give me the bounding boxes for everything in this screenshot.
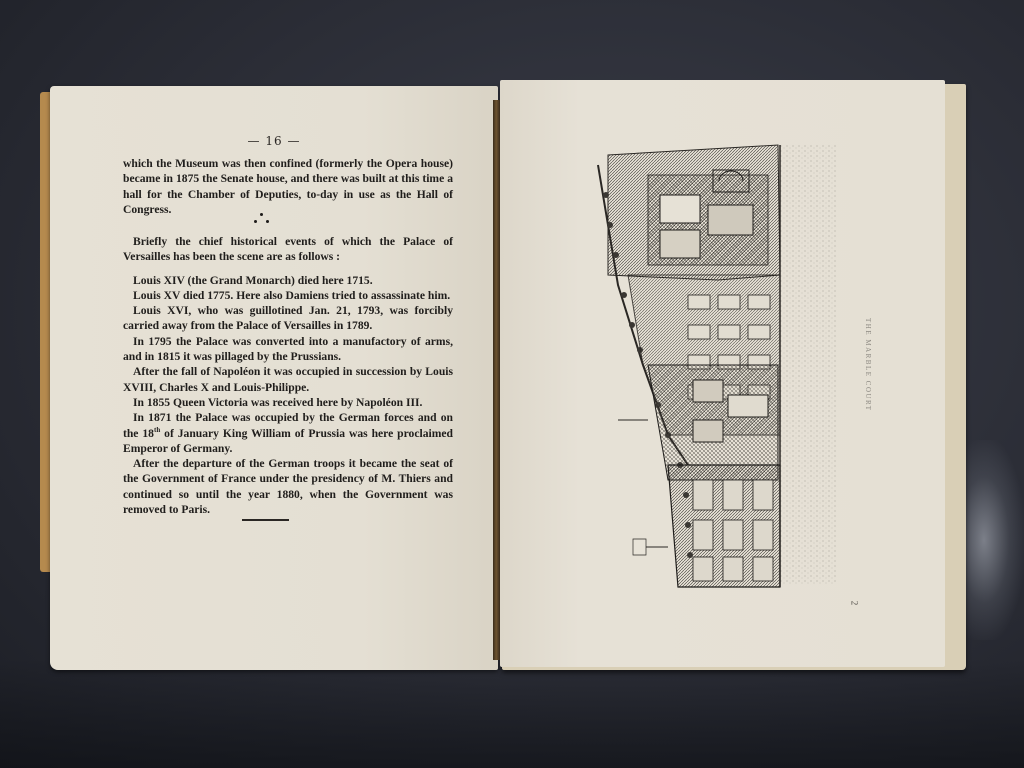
events-intro: Briefly the chief historical events of w… — [123, 234, 453, 265]
event-item: In 1795 the Palace was converted into a … — [123, 334, 453, 365]
page-number: — 16 — — [50, 134, 498, 148]
event-item: In 1855 Queen Victoria was received here… — [123, 395, 453, 410]
left-page: — 16 — which the Museum was then confine… — [50, 86, 498, 670]
event-item: Louis XV died 1775. Here also Damiens tr… — [123, 288, 453, 303]
event-item: After the fall of Napoléon it was occupi… — [123, 364, 453, 395]
closing-paragraph: After the departure of the German troops… — [123, 456, 453, 517]
marble-court-engraving — [588, 135, 836, 595]
continuation-text: which the Museum was then confined (form… — [123, 156, 453, 217]
event-item-1871: In 1871 the Palace was occupied by the G… — [123, 410, 453, 456]
event-1871-text-rest: of January King William of Prussia was h… — [123, 427, 453, 455]
event-item: Louis XIV (the Grand Monarch) died here … — [123, 273, 453, 288]
asterism-icon — [247, 213, 277, 227]
event-item: Louis XVI, who was guillotined Jan. 21, … — [123, 303, 453, 334]
plate-number: 2 — [849, 601, 859, 606]
continuation-paragraph: which the Museum was then confined (form… — [123, 156, 453, 217]
right-page: THE MARBLE COURT 2 — [500, 80, 945, 667]
historical-events: Briefly the chief historical events of w… — [123, 234, 453, 517]
table-shadow — [0, 658, 1024, 768]
illustration-caption: THE MARBLE COURT — [858, 310, 872, 420]
end-rule — [242, 519, 289, 521]
